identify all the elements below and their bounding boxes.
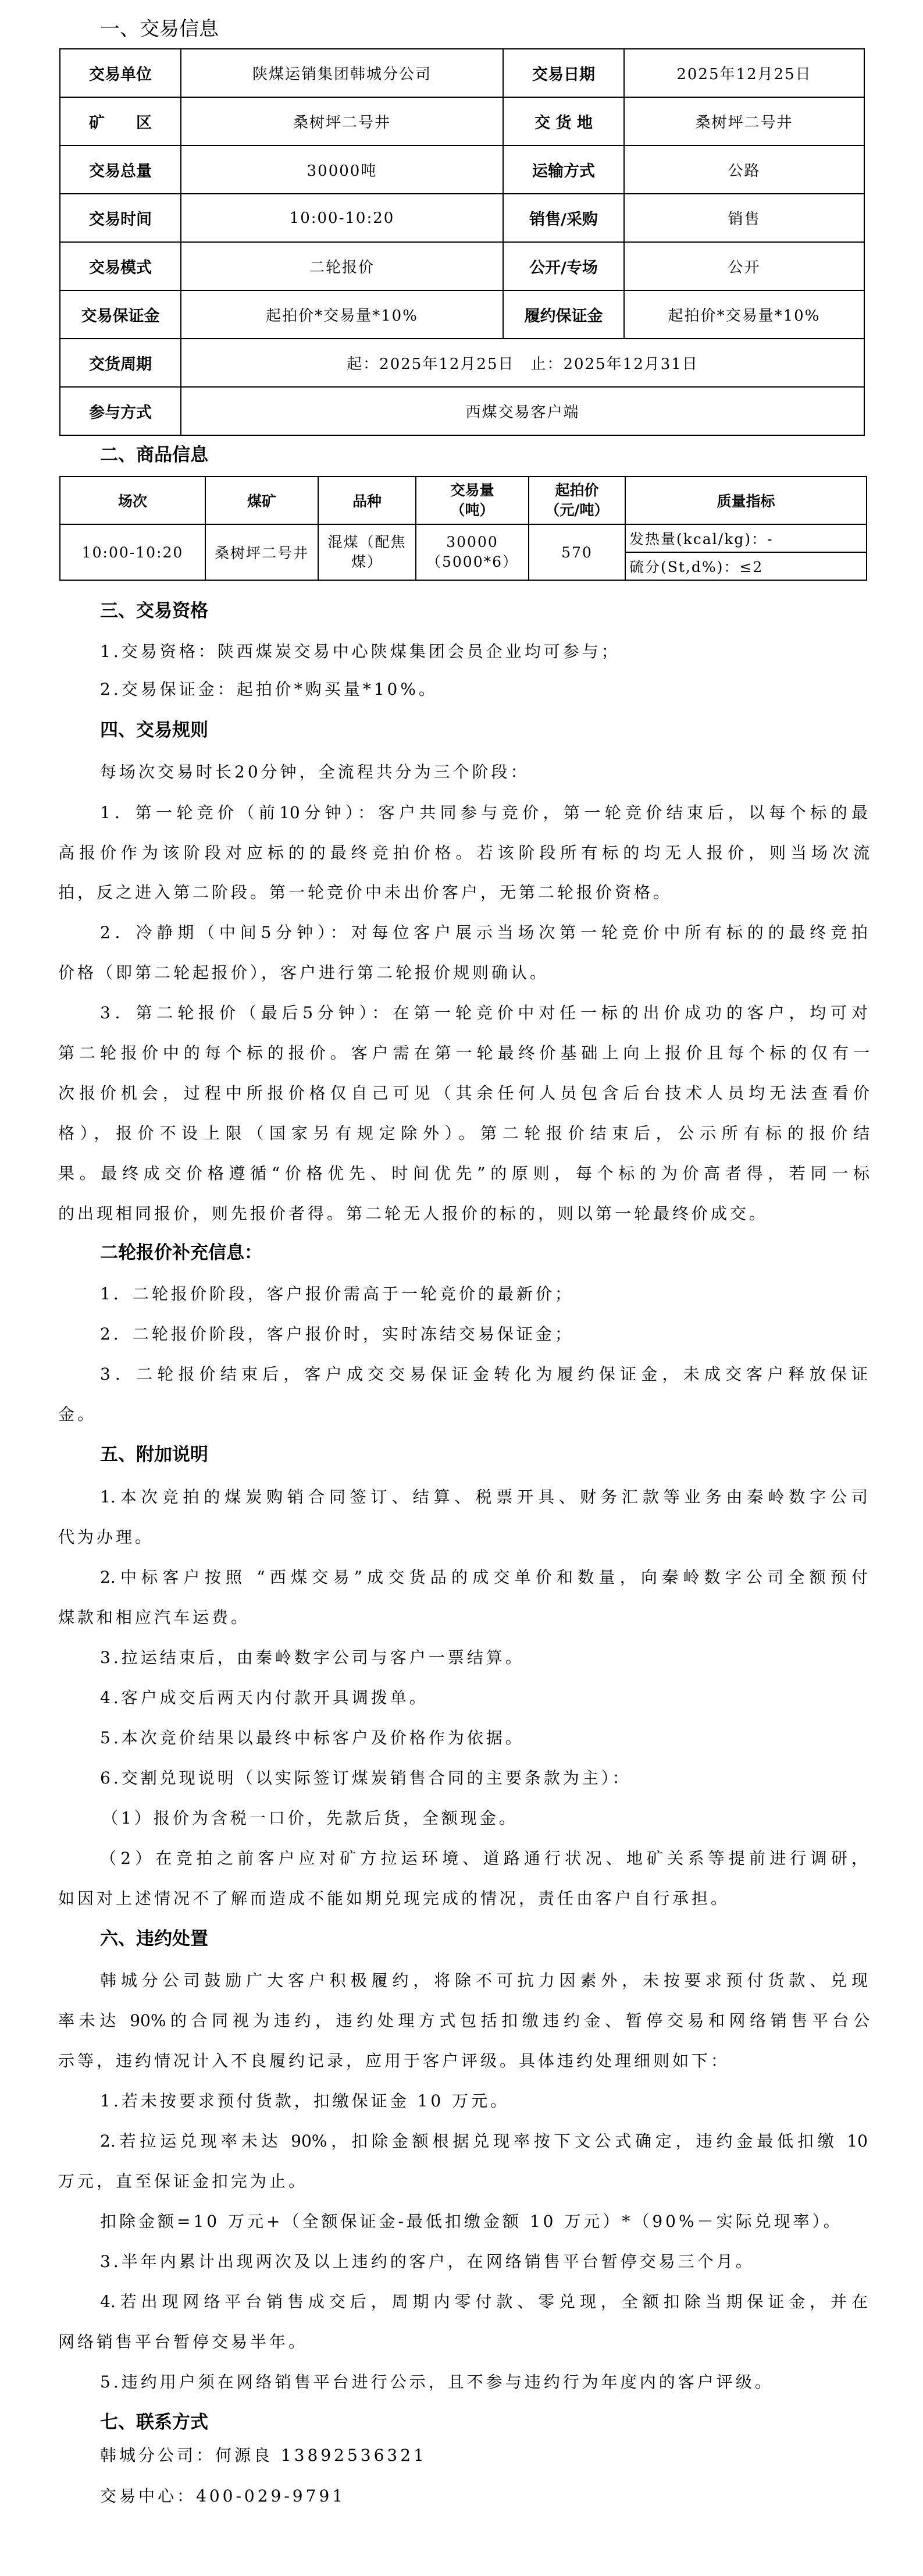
paragraph-line: 2.若拉运兑现率未达 90%，扣除金额根据兑现率按下文公式确定，违约金最低扣缴 …	[100, 2130, 868, 2153]
table-header-row: 场次 煤矿 品种 交易量 （吨） 起拍价 （元/吨） 质量指标	[60, 477, 867, 524]
section-subheading-second-round: 二轮报价补充信息：	[100, 1241, 262, 1264]
value-delivery-period: 起：2025年12月25日 止：2025年12月31日	[181, 339, 864, 387]
section-heading-goods-info: 二、商品信息	[100, 443, 208, 467]
cell-quality-sulfur: 硫分(St,d%)：≤2	[625, 552, 867, 580]
value-trade-deposit: 起拍价*交易量*10%	[181, 290, 503, 339]
paragraph-line: 果。最终成交价格遵循“价格优先、时间优先”的原则，每个标的为价高者得，若同一标	[58, 1162, 869, 1185]
value-mine-area: 桑树坪二号井	[181, 97, 503, 145]
paragraph-line: （1）报价为含税一口价，先款后货，全额现金。	[102, 1807, 913, 1830]
section-heading-rules: 四、交易规则	[100, 719, 208, 742]
cell-session: 10:00-10:20	[60, 524, 205, 580]
paragraph-line: 3．二轮报价结束后，客户成交交易保证金转化为履约保证金，未成交客户释放保证	[100, 1363, 868, 1386]
label-trade-mode: 交易模式	[60, 242, 181, 290]
value-total-volume: 30000吨	[181, 145, 503, 194]
trade-info-table: 交易单位 陕煤运销集团韩城分公司 交易日期 2025年12月25日 矿 区 桑树…	[59, 48, 865, 436]
paragraph-line: 4.若出现网络平台销售成交后，周期内零付款、零兑现，全额扣除当期保证金，并在	[100, 2290, 868, 2314]
paragraph-line: 率未达 90%的合同视为违约，违约处理方式包括扣缴违约金、暂停交易和网络销售平台…	[58, 2009, 869, 2033]
paragraph-line: 1．第一轮竞价（前10分钟）：客户共同参与竞价，第一轮竞价结束后，以每个标的最	[100, 801, 868, 825]
paragraph-line: 高报价作为该阶段对应标的的最终竞拍价格。若该阶段所有标的均无人报价，则当场次流	[58, 841, 869, 865]
section-heading-notes: 五、附加说明	[100, 1443, 208, 1466]
section-heading-qualification: 三、交易资格	[100, 599, 208, 623]
label-trade-date: 交易日期	[503, 49, 624, 97]
value-participation: 西煤交易客户端	[181, 387, 864, 435]
header-volume-line1: 交易量	[416, 481, 528, 500]
header-quality: 质量指标	[625, 477, 867, 524]
label-delivery-place: 交 货 地	[503, 97, 624, 145]
paragraph-line: 5.本次竞价结果以最终中标客户及价格作为依据。	[100, 1726, 868, 1750]
paragraph-line: 2.中标客户按照 “西煤交易”成交货品的成交单价和数量，向秦岭数字公司全额预付	[100, 1566, 868, 1589]
value-delivery-place: 桑树坪二号井	[624, 97, 864, 145]
header-start-price-line1: 起拍价	[529, 481, 625, 500]
label-performance-deposit: 履约保证金	[503, 290, 624, 339]
cell-variety-line1: 混煤（配焦	[319, 532, 415, 552]
table-row: 交易时间 10:00-10:20 销售/采购 销售	[60, 194, 864, 242]
paragraph-line: 6.交割兑现说明（以实际签订煤炭销售合同的主要条款为主）：	[100, 1767, 868, 1790]
paragraph-line: 拍，反之进入第二阶段。第一轮竞价中未出价客户，无第二轮报价资格。	[58, 881, 869, 904]
value-trade-mode: 二轮报价	[181, 242, 503, 290]
table-row: 交易保证金 起拍价*交易量*10% 履约保证金 起拍价*交易量*10%	[60, 290, 864, 339]
paragraph-line: 每场次交易时长20分钟，全流程共分为三个阶段：	[100, 761, 868, 784]
paragraph-line: 的出现相同报价，则先报价者得。第二轮无人报价的标的，则以第一轮最终价成交。	[58, 1202, 869, 1225]
cell-mine: 桑树坪二号井	[205, 524, 318, 580]
paragraph-line: 2．冷静期（中间5分钟）：对每位客户展示当场次第一轮竞价中所有标的的最终竞拍	[100, 921, 868, 944]
header-start-price: 起拍价 （元/吨）	[529, 477, 625, 524]
paragraph-line: 2．二轮报价阶段，客户报价时，实时冻结交易保证金；	[100, 1323, 868, 1346]
cell-start-price: 570	[529, 524, 625, 580]
paragraph-line: 1.本次竞拍的煤炭购销合同签订、结算、税票开具、财务汇款等业务由秦岭数字公司	[100, 1486, 868, 1509]
paragraph-line: 5.违约用户须在网络销售平台进行公示，且不参与违约行为年度内的客户评级。	[100, 2371, 868, 2394]
header-start-price-line2: （元/吨）	[529, 500, 625, 520]
paragraph-line: 代为办理。	[58, 1526, 869, 1549]
paragraph-line: 4.客户成交后两天内付款开具调拨单。	[100, 1686, 868, 1710]
paragraph-line: 万元，直至保证金扣完为止。	[58, 2170, 869, 2193]
cell-volume-line1: 30000	[416, 532, 528, 552]
paragraph-line: 金。	[58, 1403, 869, 1426]
table-row: 交易单位 陕煤运销集团韩城分公司 交易日期 2025年12月25日	[60, 49, 864, 97]
paragraph-line: 1.交易资格：陕西煤炭交易中心陕煤集团会员企业均可参与；	[100, 640, 868, 663]
paragraph-line: 示等，违约情况计入不良履约记录，应用于客户评级。具体违约处理细则如下：	[58, 2049, 869, 2073]
paragraph-line: 3.半年内累计出现两次及以上违约的客户，在网络销售平台暂停交易三个月。	[100, 2250, 868, 2273]
paragraph-line: 2.交易保证金：起拍价*购买量*10%。	[100, 678, 868, 701]
table-row: 交货周期 起：2025年12月25日 止：2025年12月31日	[60, 339, 864, 387]
paragraph-line: 1.若未按要求预付货款，扣缴保证金 10 万元。	[100, 2090, 868, 2113]
paragraph-line: 网络销售平台暂停交易半年。	[58, 2330, 869, 2354]
paragraph-line: 第二轮报价中的每个标的报价。客户需在第一轮最终价基础上向上报价且每个标的仅有一	[58, 1042, 869, 1065]
paragraph-line: 如因对上述情况不了解而造成不能如期兑现完成的情况，责任由客户自行承担。	[58, 1887, 869, 1910]
value-trade-time: 10:00-10:20	[181, 194, 503, 242]
label-participation: 参与方式	[60, 387, 181, 435]
section-heading-contact: 七、联系方式	[100, 2411, 208, 2434]
paragraph-line: 3．第二轮报价（最后5分钟）：在第一轮竞价中对任一标的出价成功的客户，均可对	[100, 1001, 868, 1025]
section-heading-breach: 六、违约处置	[100, 1927, 208, 1950]
contact-trade-center: 交易中心：400-029-9791	[100, 2485, 868, 2508]
table-row: 10:00-10:20 桑树坪二号井 混煤（配焦 煤） 30000 （5000*…	[60, 524, 867, 552]
value-trade-unit: 陕煤运销集团韩城分公司	[181, 49, 503, 97]
label-transport-mode: 运输方式	[503, 145, 624, 194]
table-row: 交易总量 30000吨 运输方式 公路	[60, 145, 864, 194]
header-volume: 交易量 （吨）	[416, 477, 529, 524]
header-mine: 煤矿	[205, 477, 318, 524]
header-volume-line2: （吨）	[416, 500, 528, 520]
cell-quality-calorific: 发热量(kcal/kg)：-	[625, 524, 867, 552]
table-row: 参与方式 西煤交易客户端	[60, 387, 864, 435]
table-row: 矿 区 桑树坪二号井 交 货 地 桑树坪二号井	[60, 97, 864, 145]
label-trade-time: 交易时间	[60, 194, 181, 242]
cell-volume-line2: （5000*6）	[416, 552, 528, 572]
paragraph-line: 3.拉运结束后，由秦岭数字公司与客户一票结算。	[100, 1646, 868, 1669]
header-variety: 品种	[318, 477, 416, 524]
contact-branch: 韩城分公司：何源良 13892536321	[100, 2444, 868, 2467]
paragraph-line: 韩城分公司鼓励广大客户积极履约，将除不可抗力因素外，未按要求预付货款、兑现	[100, 1969, 868, 1992]
paragraph-line: 价格（即第二轮起报价），客户进行第二轮报价规则确认。	[58, 961, 869, 985]
value-trade-date: 2025年12月25日	[624, 49, 864, 97]
paragraph-line: （2）在竞拍之前客户应对矿方拉运环境、道路通行状况、地矿关系等提前进行调研，	[100, 1847, 868, 1870]
label-trade-deposit: 交易保证金	[60, 290, 181, 339]
table-row: 交易模式 二轮报价 公开/专场 公开	[60, 242, 864, 290]
label-mine-area: 矿 区	[60, 97, 181, 145]
header-session: 场次	[60, 477, 205, 524]
paragraph-line: 格），报价不设上限（国家另有规定除外）。第二轮报价结束后，公示所有标的报价结	[58, 1122, 869, 1145]
label-delivery-period: 交货周期	[60, 339, 181, 387]
value-sale-purchase: 销售	[624, 194, 864, 242]
value-transport-mode: 公路	[624, 145, 864, 194]
label-public-special: 公开/专场	[503, 242, 624, 290]
section-heading-trade-info: 一、交易信息	[100, 17, 219, 41]
paragraph-line: 1．二轮报价阶段，客户报价需高于一轮竞价的最新价；	[100, 1282, 868, 1306]
paragraph-line: 煤款和相应汽车运费。	[58, 1606, 869, 1629]
value-performance-deposit: 起拍价*交易量*10%	[624, 290, 864, 339]
cell-variety-line2: 煤）	[319, 552, 415, 572]
value-public-special: 公开	[624, 242, 864, 290]
goods-info-table: 场次 煤矿 品种 交易量 （吨） 起拍价 （元/吨） 质量指标 10:00-10…	[59, 476, 867, 581]
label-total-volume: 交易总量	[60, 145, 181, 194]
label-trade-unit: 交易单位	[60, 49, 181, 97]
label-sale-purchase: 销售/采购	[503, 194, 624, 242]
paragraph-line: 扣除金额=10 万元+（全额保证金-最低扣缴金额 10 万元）*（90%－实际兑…	[100, 2210, 868, 2233]
paragraph-line: 次报价机会，过程中所报价格仅自己可见（其余任何人员包含后台技术人员均无法查看价	[58, 1082, 869, 1105]
cell-volume: 30000 （5000*6）	[416, 524, 529, 580]
cell-variety: 混煤（配焦 煤）	[318, 524, 416, 580]
